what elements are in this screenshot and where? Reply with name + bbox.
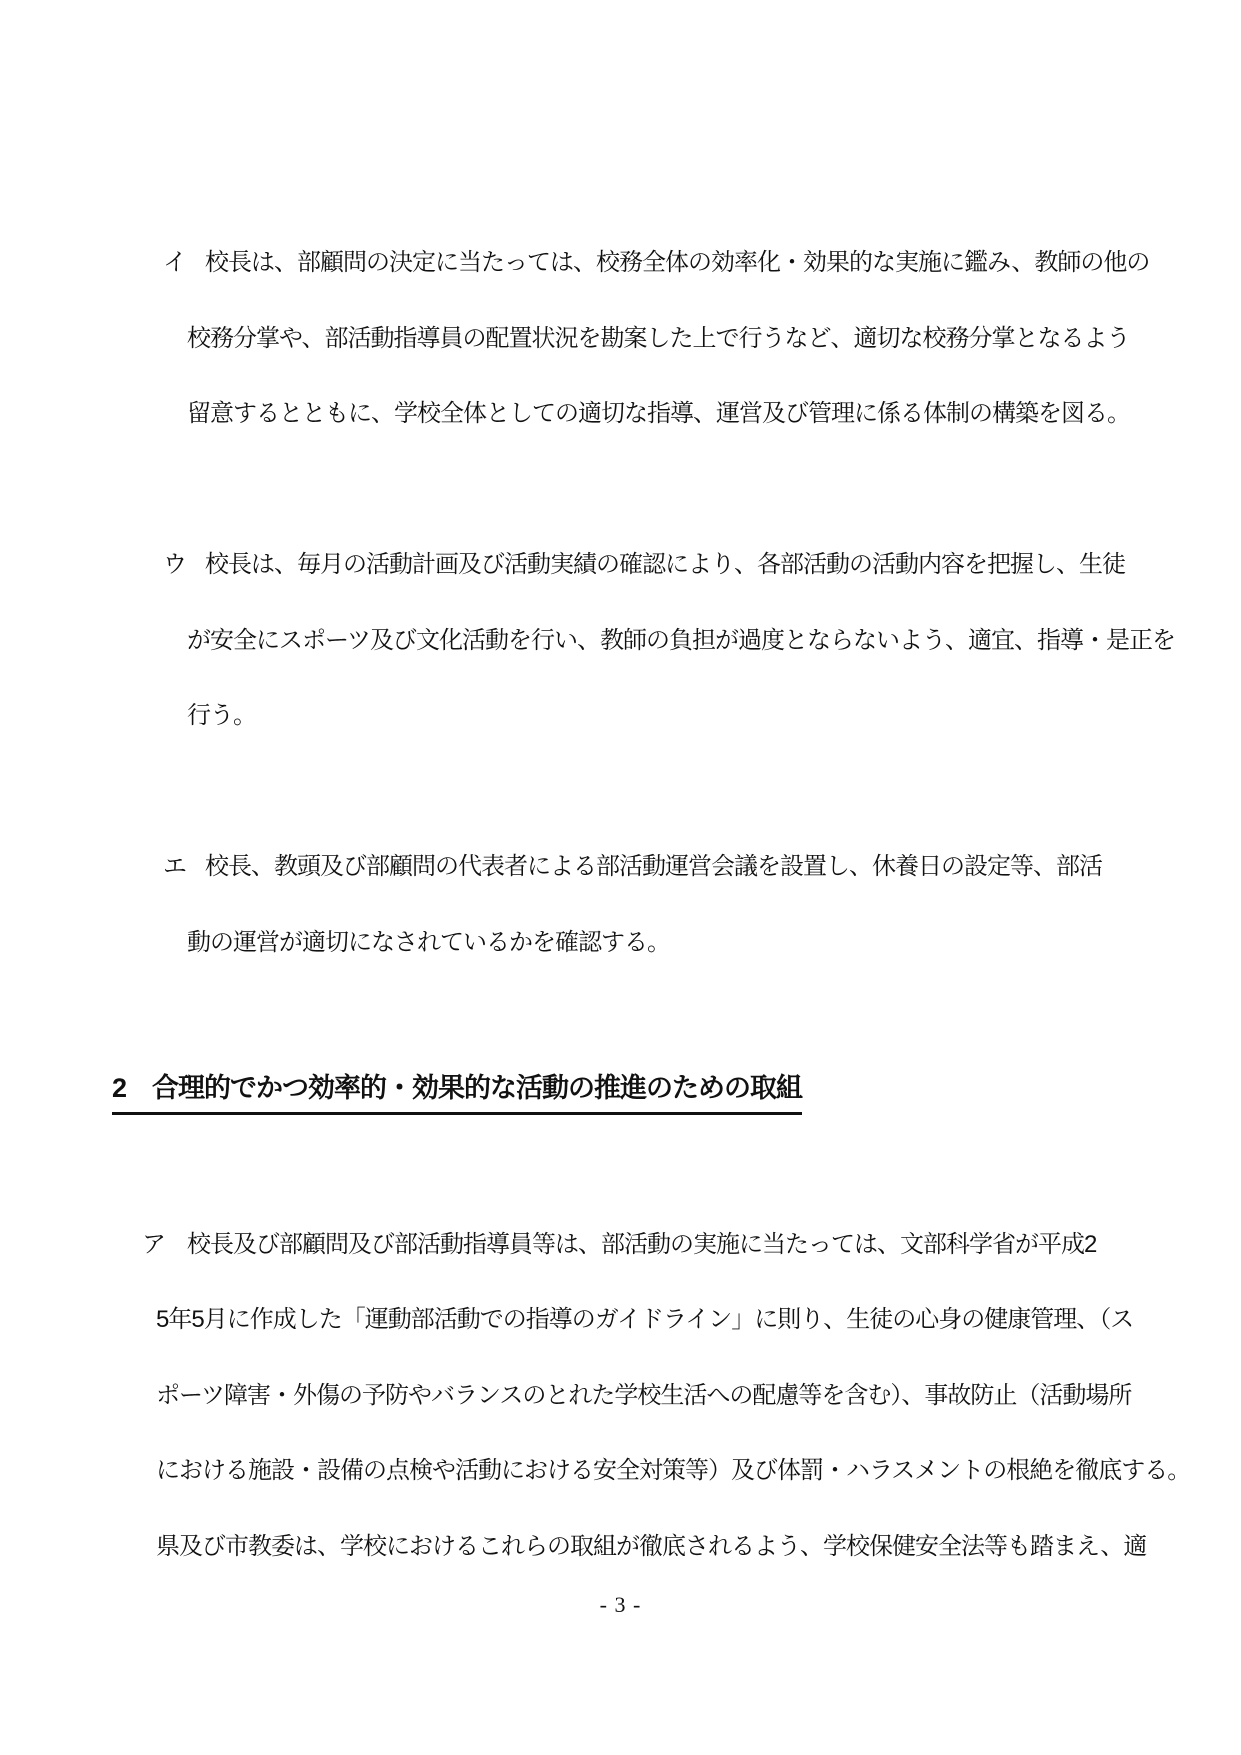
document-content: イ 校長は、部顧問の決定に当たっては、校務全体の効率化・効果的な実施に鑑み、教師… <box>0 0 1241 1581</box>
page-number: - 3 - <box>0 1592 1241 1618</box>
document-page: イ 校長は、部顧問の決定に当たっては、校務全体の効率化・効果的な実施に鑑み、教師… <box>0 0 1241 1755</box>
text-line: 留意するとともに、学校全体としての適切な指導、運営及び管理に係る体制の構築を図る… <box>0 373 1241 449</box>
line-text: ポーツ障害・外傷の予防やバランスのとれた学校生活への配慮等を含む）、事故防止（活… <box>156 1375 1131 1410</box>
line-text: における施設・設備の点検や活動における安全対策等）及び体罰・ハラスメントの根絶を… <box>156 1450 1190 1485</box>
list-marker-e: エ <box>163 846 205 881</box>
line-text: 校務分掌や、部活動指導員の配置状況を勘案した上で行うなど、適切な校務分掌となるよ… <box>187 318 1130 353</box>
text-line: が安全にスポーツ及び文化活動を行い、教師の負担が過度とならないよう、適宜、指導・… <box>0 600 1241 676</box>
text-line: エ 校長、教頭及び部顧問の代表者による部活動運営会議を設置し、休養日の設定等、部… <box>0 826 1241 902</box>
text-line: ポーツ障害・外傷の予防やバランスのとれた学校生活への配慮等を含む）、事故防止（活… <box>0 1355 1241 1431</box>
text-line: 動の運営が適切になされているかを確認する。 <box>0 902 1241 978</box>
text-line: 行う。 <box>0 675 1241 751</box>
text-line: 県及び市教委は、学校におけるこれらの取組が徹底されるよう、学校保健安全法等も踏ま… <box>0 1506 1241 1582</box>
text-line: 5年5月に作成した「運動部活動での指導のガイドライン」に則り、生徒の心身の健康管… <box>0 1279 1241 1355</box>
list-marker-a: ア <box>142 1224 187 1259</box>
line-text: 校長は、部顧問の決定に当たっては、校務全体の効率化・効果的な実施に鑑み、教師の他… <box>205 242 1149 277</box>
section-title: 合理的でかつ効率的・効果的な活動の推進のための取組 <box>152 1073 802 1103</box>
section-heading: 2合理的でかつ効率的・効果的な活動の推進のための取組 <box>0 1053 1241 1129</box>
list-marker-u: ウ <box>163 544 205 579</box>
line-text: 校長及び部顧問及び部活動指導員等は、部活動の実施に当たっては、文部科学省が平成2 <box>187 1224 1096 1259</box>
line-text: 5年5月に作成した「運動部活動での指導のガイドライン」に則り、生徒の心身の健康管… <box>156 1299 1133 1334</box>
text-line: イ 校長は、部顧問の決定に当たっては、校務全体の効率化・効果的な実施に鑑み、教師… <box>0 222 1241 298</box>
text-line: ウ 校長は、毎月の活動計画及び活動実績の確認により、各部活動の活動内容を把握し、… <box>0 524 1241 600</box>
list-item-a: ア 校長及び部顧問及び部活動指導員等は、部活動の実施に当たっては、文部科学省が平… <box>0 1204 1241 1582</box>
list-item-u: ウ 校長は、毎月の活動計画及び活動実績の確認により、各部活動の活動内容を把握し、… <box>0 524 1241 751</box>
list-item-e: エ 校長、教頭及び部顧問の代表者による部活動運営会議を設置し、休養日の設定等、部… <box>0 826 1241 977</box>
text-line: における施設・設備の点検や活動における安全対策等）及び体罰・ハラスメントの根絶を… <box>0 1430 1241 1506</box>
list-item-i: イ 校長は、部顧問の決定に当たっては、校務全体の効率化・効果的な実施に鑑み、教師… <box>0 222 1241 449</box>
line-text: 県及び市教委は、学校におけるこれらの取組が徹底されるよう、学校保健安全法等も踏ま… <box>156 1526 1146 1561</box>
section-number: 2 <box>112 1073 126 1104</box>
section-heading-text: 2合理的でかつ効率的・効果的な活動の推進のための取組 <box>112 1066 802 1115</box>
line-text: 行う。 <box>187 695 256 730</box>
text-line: 校務分掌や、部活動指導員の配置状況を勘案した上で行うなど、適切な校務分掌となるよ… <box>0 298 1241 374</box>
line-text: 校長、教頭及び部顧問の代表者による部活動運営会議を設置し、休養日の設定等、部活 <box>205 846 1102 881</box>
line-text: が安全にスポーツ及び文化活動を行い、教師の負担が過度とならないよう、適宜、指導・… <box>187 620 1175 655</box>
line-text: 留意するとともに、学校全体としての適切な指導、運営及び管理に係る体制の構築を図る… <box>187 393 1130 428</box>
line-text: 校長は、毎月の活動計画及び活動実績の確認により、各部活動の活動内容を把握し、生徒 <box>205 544 1125 579</box>
list-marker-i: イ <box>163 242 205 277</box>
line-text: 動の運営が適切になされているかを確認する。 <box>187 922 670 957</box>
text-line: ア 校長及び部顧問及び部活動指導員等は、部活動の実施に当たっては、文部科学省が平… <box>0 1204 1241 1280</box>
